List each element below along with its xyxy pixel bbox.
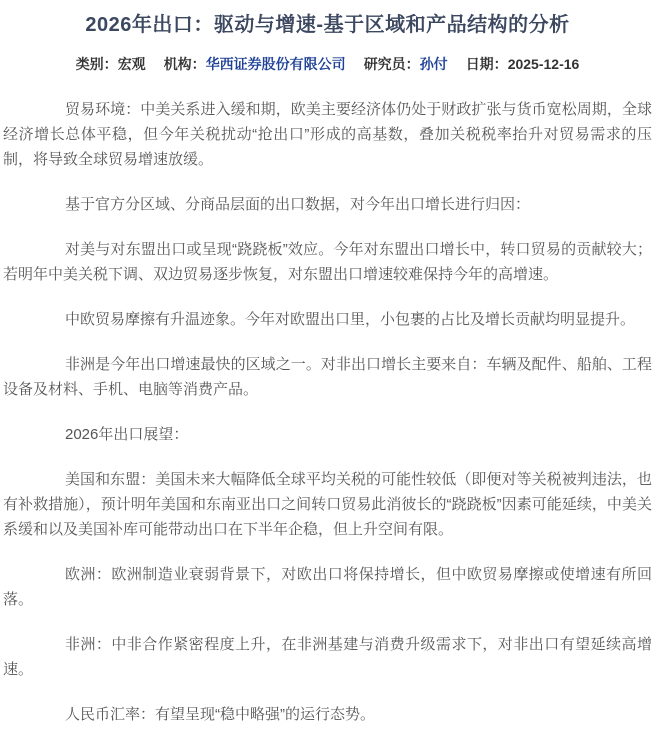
researcher-label: 研究员： [364, 56, 420, 72]
meta-researcher: 研究员：孙付 [364, 56, 448, 72]
report-paragraph: 非洲：中非合作紧密程度上升，在非洲基建与消费升级需求下，对非出口有望延续高增速。 [3, 632, 652, 682]
meta-date: 日期：2025-12-16 [466, 56, 580, 72]
date-label: 日期： [466, 56, 508, 72]
report-paragraph: 中欧贸易摩擦有升温迹象。今年对欧盟出口里，小包裹的占比及增长贡献均明显提升。 [3, 307, 652, 332]
report-paragraph: 贸易环境：中美关系进入缓和期，欧美主要经济体仍处于财政扩张与货币宽松周期，全球经… [3, 97, 652, 172]
category-label: 类别： [76, 56, 118, 72]
date-value: 2025-12-16 [508, 56, 580, 72]
report-paragraph: 欧洲：欧洲制造业衰弱背景下，对欧出口将保持增长，但中欧贸易摩擦或使增速有所回落。 [3, 562, 652, 612]
report-paragraph: 美国和东盟：美国未来大幅降低全球平均关税的可能性较低（即便对等关税被判违法，也有… [3, 467, 652, 542]
org-link[interactable]: 华西证券股份有限公司 [206, 56, 346, 72]
report-paragraph: 非洲是今年出口增速最快的区域之一。对非出口增长主要来自：车辆及配件、船舶、工程设… [3, 352, 652, 402]
meta-org: 机构：华西证券股份有限公司 [164, 56, 346, 72]
category-value: 宏观 [118, 56, 146, 72]
report-meta-row: 类别：宏观机构：华西证券股份有限公司研究员：孙付日期：2025-12-16 [3, 54, 652, 74]
org-label: 机构： [164, 56, 206, 72]
researcher-link[interactable]: 孙付 [420, 56, 448, 72]
report-body: 贸易环境：中美关系进入缓和期，欧美主要经济体仍处于财政扩张与货币宽松周期，全球经… [3, 97, 652, 727]
report-paragraph: 人民币汇率：有望呈现“稳中略强”的运行态势。 [3, 702, 652, 727]
meta-category: 类别：宏观 [76, 56, 146, 72]
page-title: 2026年出口：驱动与增速-基于区域和产品结构的分析 [3, 12, 652, 38]
report-page: 2026年出口：驱动与增速-基于区域和产品结构的分析 类别：宏观机构：华西证券股… [0, 0, 656, 755]
report-paragraph: 2026年出口展望： [3, 422, 652, 447]
report-paragraph: 对美与对东盟出口或呈现“跷跷板”效应。今年对东盟出口增长中，转口贸易的贡献较大；… [3, 237, 652, 287]
report-paragraph: 基于官方分区域、分商品层面的出口数据，对今年出口增长进行归因： [3, 192, 652, 217]
